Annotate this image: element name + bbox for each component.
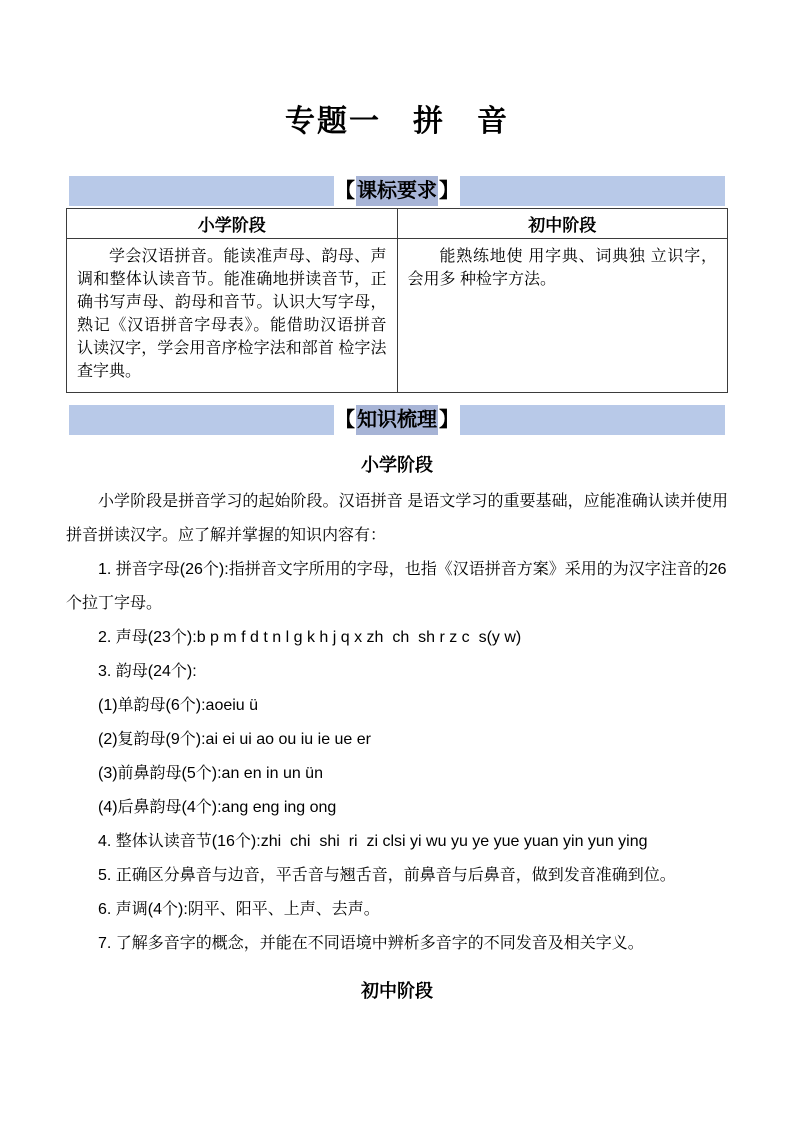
list-item-1-pinyin-letters: 1. 拼音字母(26个):指拼音文字所用的字母，也指《汉语拼音方案》采用的为汉字… (66, 553, 728, 621)
banner-bracket-close: 】 (438, 405, 460, 435)
list-item-5-pronunciation: 5. 正确区分鼻音与边音，平舌音与翘舌音，前鼻音与后鼻音，做到发音准确到位。 (66, 859, 728, 893)
heading-middle-stage: 初中阶段 (0, 977, 794, 1003)
banner-curriculum-label: 课标要求 (356, 176, 438, 206)
banner-knowledge-outline: 【知识梳理】 (69, 405, 725, 435)
list-item-2-initials: 2. 声母(23个):b p m f d t n l g k h j q x z… (66, 621, 728, 655)
banner-bracket-close: 】 (438, 176, 460, 206)
table-header-middle-stage: 初中阶段 (397, 209, 728, 239)
list-subitem-simple-finals: (1)单韵母(6个):aoeiu ü (66, 689, 728, 723)
list-item-3-finals: 3. 韵母(24个): (66, 655, 728, 689)
list-subitem-compound-finals: (2)复韵母(9个):ai ei ui ao ou iu ie ue er (66, 723, 728, 757)
page-title: 专题一 拼 音 (0, 96, 794, 140)
banner-curriculum-requirements: 【课标要求】 (69, 176, 725, 206)
curriculum-requirements-table: 小学阶段 初中阶段 学会汉语拼音。能读准声母、韵母、声调和整体认读音节。能准确地… (66, 208, 728, 393)
list-item-7-polyphones: 7. 了解多音字的概念，并能在不同语境中辨析多音字的不同发音及相关字义。 (66, 927, 728, 961)
table-header-row: 小学阶段 初中阶段 (67, 209, 728, 239)
document-page: 专题一 拼 音 【课标要求】 小学阶段 初中阶段 学会汉语拼音。能读准声母、韵母… (0, 0, 794, 1123)
banner-bracket-open: 【 (334, 176, 356, 206)
paragraph-intro: 小学阶段是拼音学习的起始阶段。汉语拼音 是语文学习的重要基础，应能准确认读并使用… (66, 485, 728, 553)
list-item-6-tones: 6. 声调(4个):阴平、阳平、上声、去声。 (66, 893, 728, 927)
table-cell-primary-stage: 学会汉语拼音。能读准声母、韵母、声调和整体认读音节。能准确地拼读音节，正确书写声… (67, 239, 398, 393)
list-item-4-whole-syllables: 4. 整体认读音节(16个):zhi chi shi ri zi clsi yi… (66, 825, 728, 859)
heading-primary-stage: 小学阶段 (0, 451, 794, 477)
table-cell-middle-stage: 能熟练地使 用字典、词典独 立识字，会用多 种检字方法。 (397, 239, 728, 393)
table-body-row: 学会汉语拼音。能读准声母、韵母、声调和整体认读音节。能准确地拼读音节，正确书写声… (67, 239, 728, 393)
knowledge-outline-body: 小学阶段是拼音学习的起始阶段。汉语拼音 是语文学习的重要基础，应能准确认读并使用… (66, 485, 728, 961)
banner-bracket-open: 【 (334, 405, 356, 435)
list-subitem-back-nasal-finals: (4)后鼻韵母(4个):ang eng ing ong (66, 791, 728, 825)
banner-knowledge-label: 知识梳理 (356, 405, 438, 435)
list-subitem-front-nasal-finals: (3)前鼻韵母(5个):an en in un ün (66, 757, 728, 791)
table-header-primary-stage: 小学阶段 (67, 209, 398, 239)
